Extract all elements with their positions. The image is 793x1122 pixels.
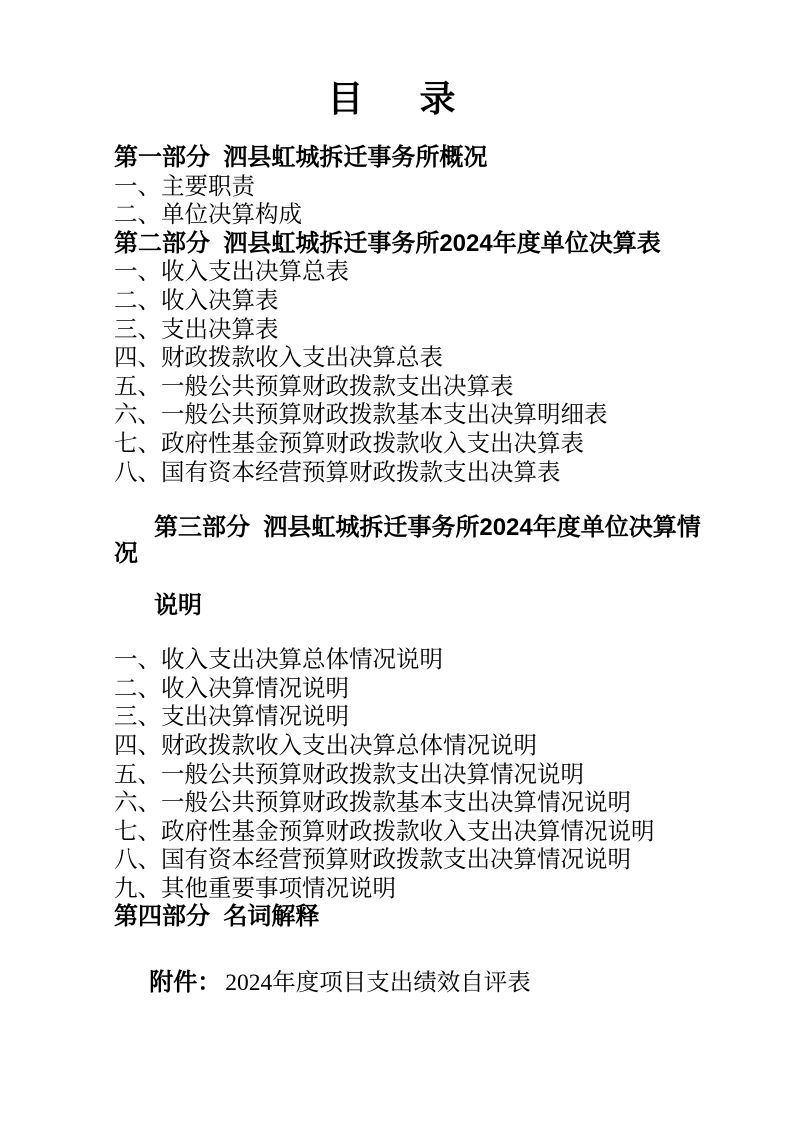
toc-item-part2-8: 八、国有资本经营预算财政拨款支出决算表 <box>114 459 703 488</box>
attachment-text: 2024年度项目支出绩效自评表 <box>225 970 531 996</box>
part3-heading: 第三部分 泗县虹城拆迁事务所2024年度单位决算情况 说明 <box>114 487 703 646</box>
part3-heading-line2: 说明 <box>154 592 202 619</box>
toc-item-part3-1: 一、收入支出决算总体情况说明 <box>114 646 703 675</box>
toc-item-part3-4: 四、财政拨款收入支出决算总体情况说明 <box>114 732 703 761</box>
attachment-label: 附件： <box>149 969 221 996</box>
toc-item-part2-1: 一、收入支出决算总表 <box>114 258 703 287</box>
toc-item-part1-1: 一、主要职责 <box>114 173 703 202</box>
page-title: 目 录 <box>0 78 793 120</box>
toc-item-part2-4: 四、财政拨款收入支出决算总表 <box>114 344 703 373</box>
toc-item-part3-9: 九、其他重要事项情况说明 <box>114 875 703 904</box>
toc-list: 第一部分 泗县虹城拆迁事务所概况 一、主要职责 二、单位决算构成 第二部分 泗县… <box>114 144 703 1026</box>
toc-item-part1-2: 二、单位决算构成 <box>114 201 703 230</box>
toc-item-part2-2: 二、收入决算表 <box>114 287 703 316</box>
part3-heading-line1: 第三部分 泗县虹城拆迁事务所2024年度单位决算情况 <box>114 514 701 567</box>
toc-item-part3-3: 三、支出决算情况说明 <box>114 703 703 732</box>
toc-item-part2-3: 三、支出决算表 <box>114 316 703 345</box>
toc-item-part3-7: 七、政府性基金预算财政拨款收入支出决算情况说明 <box>114 818 703 847</box>
toc-item-part3-6: 六、一般公共预算财政拨款基本支出决算情况说明 <box>114 789 703 818</box>
part1-heading: 第一部分 泗县虹城拆迁事务所概况 <box>114 144 703 173</box>
attachment-line: 附件：2024年度项目支出绩效自评表 <box>114 940 703 1026</box>
toc-item-part3-8: 八、国有资本经营预算财政拨款支出决算情况说明 <box>114 846 703 875</box>
toc-item-part3-2: 二、收入决算情况说明 <box>114 675 703 704</box>
part2-heading: 第二部分 泗县虹城拆迁事务所2024年度单位决算表 <box>114 230 703 259</box>
toc-item-part3-5: 五、一般公共预算财政拨款支出决算情况说明 <box>114 761 703 790</box>
toc-page: 目 录 第一部分 泗县虹城拆迁事务所概况 一、主要职责 二、单位决算构成 第二部… <box>0 0 793 1122</box>
toc-item-part2-7: 七、政府性基金预算财政拨款收入支出决算表 <box>114 430 703 459</box>
toc-item-part2-5: 五、一般公共预算财政拨款支出决算表 <box>114 373 703 402</box>
part4-heading: 第四部分 名词解释 <box>114 903 703 932</box>
toc-item-part2-6: 六、一般公共预算财政拨款基本支出决算明细表 <box>114 401 703 430</box>
